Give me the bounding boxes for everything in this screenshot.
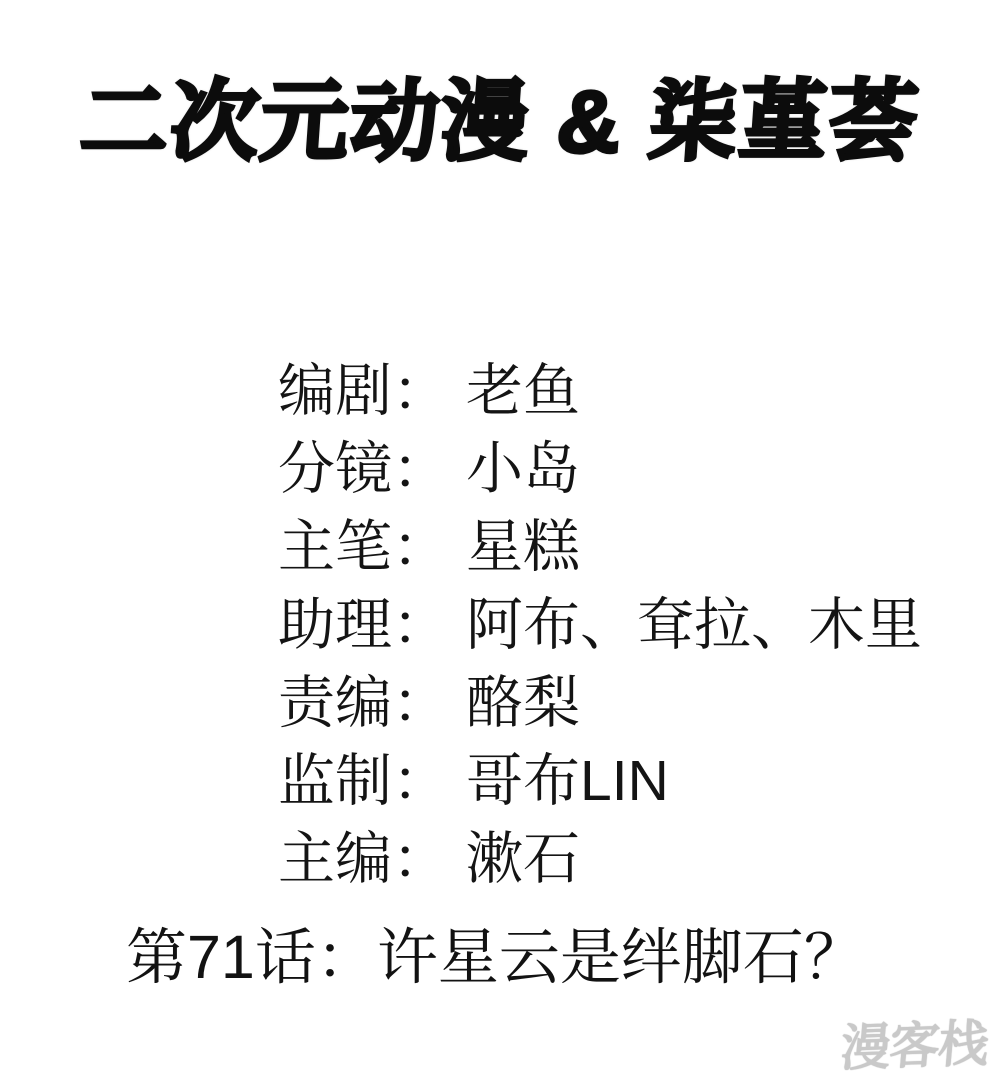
credit-name: 老鱼 — [466, 359, 580, 423]
credit-name: 哥布LIN — [466, 749, 669, 813]
mankezhan-watermark-logo: 漫客栈 — [838, 1003, 991, 1080]
credit-role: 分镜 — [278, 437, 392, 501]
credit-name: 酪梨 — [466, 671, 580, 735]
credit-colon: ： — [392, 827, 449, 891]
credit-name: 小岛 — [466, 437, 580, 501]
credit-role: 编剧 — [278, 359, 392, 423]
credit-role: 监制 — [278, 749, 392, 813]
credit-role: 助理 — [278, 593, 392, 657]
credit-colon: ： — [392, 515, 449, 579]
credit-row-screenwriter: 编剧：老鱼 — [183, 274, 922, 352]
chapter-title: 第71话：许星云是绊脚石？ — [126, 922, 865, 992]
credit-colon: ： — [392, 359, 449, 423]
credit-role: 主笔 — [278, 515, 392, 579]
credit-colon: ： — [392, 671, 449, 735]
credit-role: 主编 — [278, 827, 392, 891]
credit-colon: ： — [392, 437, 449, 501]
credits-list: 编剧：老鱼 分镜：小岛 主笔：星糕 助理：阿布、耷拉、木里 责编：酪梨 监制：哥… — [183, 274, 922, 820]
credit-colon: ： — [392, 593, 449, 657]
credit-name: 阿布、耷拉、木里 — [466, 593, 922, 657]
studio-title: 二次元动漫 & 柒堇荟 — [0, 72, 1000, 172]
credit-name: 漱石 — [466, 827, 580, 891]
comic-credits-page: 二次元动漫 & 柒堇荟 编剧：老鱼 分镜：小岛 主笔：星糕 助理：阿布、耷拉、木… — [0, 0, 1000, 1084]
credit-role: 责编 — [278, 671, 392, 735]
credit-name: 星糕 — [466, 515, 580, 579]
credit-colon: ： — [392, 749, 449, 813]
